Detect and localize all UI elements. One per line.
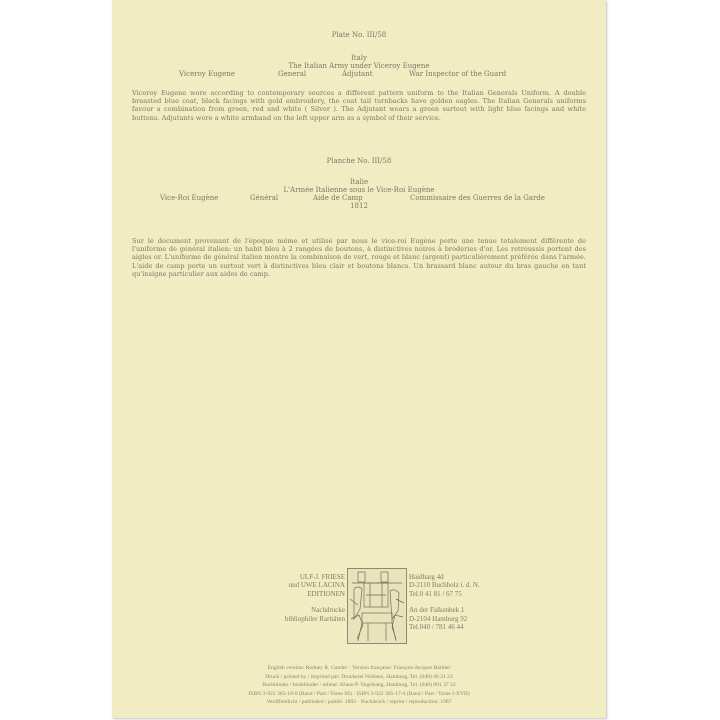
credits-line: Veröffentlicht / published / publié: 189… [112, 698, 606, 707]
figure-label: War Inspector of the Guard [409, 70, 506, 78]
publisher-name-line: EDITIONEN [285, 590, 345, 598]
address-line: D-2110 Buchholz i. d. N. [409, 581, 480, 589]
plate-number-english: Plate No. III/58 [112, 31, 606, 39]
figure-label: Aide de Camp [313, 194, 363, 202]
figure-label: General [278, 70, 306, 78]
credits-line: Buchbinder / bookbinder / relieur: Klaus… [112, 681, 606, 690]
year-french: 1812 [112, 202, 606, 210]
address-line: An der Falkenbek 1 [409, 606, 480, 614]
figure-label: Général [250, 194, 278, 202]
plate-number-french: Planche No. III/58 [112, 157, 606, 165]
credits-line: English version: Rodney R. Gander · Vers… [112, 664, 606, 673]
title-french: L'Armée Italienne sous le Vice-Roi Eugèn… [112, 186, 606, 194]
country-english: Italy [112, 54, 606, 62]
credits-line: ISBN 3-922 365-19-0 (Band / Part / Tome … [112, 690, 606, 699]
description-french: Sur le document provenant de l'époque mê… [132, 237, 586, 278]
title-english: The Italian Army under Viceroy Eugene [112, 62, 606, 70]
publisher-name-line: ULF-J. FRIESE [285, 573, 345, 581]
figure-label: Viceroy Eugene [179, 70, 235, 78]
publisher-address-block: Haidbarg 4d D-2110 Buchholz i. d. N. Tel… [409, 573, 480, 631]
description-english: Viceroy Eugene wore according to contemp… [132, 89, 586, 122]
publisher-tagline-line: Nachdrucke [285, 606, 345, 614]
printing-press-woodcut-icon [347, 568, 407, 644]
publisher-name-block: ULF-J. FRIESE und UWE LACINA EDITIONEN N… [285, 573, 345, 623]
address-line: Haidbarg 4d [409, 573, 480, 581]
credits-block: English version: Rodney R. Gander · Vers… [112, 664, 606, 707]
credits-line: Druck / printed by / imprimé par: Drucke… [112, 673, 606, 682]
address-line: Tel.040 / 781 46 44 [409, 623, 480, 631]
address-line: D-2104 Hamburg 92 [409, 615, 480, 623]
document-page: Plate No. III/58 Italy The Italian Army … [112, 0, 606, 718]
address-line: Tel.0 41 81 / 67 75 [409, 590, 480, 598]
country-french: Italie [112, 178, 606, 186]
publisher-name-line: und UWE LACINA [285, 581, 345, 589]
figure-label: Vice-Roi Eugène [160, 194, 218, 202]
publisher-tagline-line: bibliophiler Raritäten [285, 615, 345, 623]
figure-label: Commissaire des Guerres de la Garde [410, 194, 545, 202]
figure-label: Adjutant [342, 70, 373, 78]
